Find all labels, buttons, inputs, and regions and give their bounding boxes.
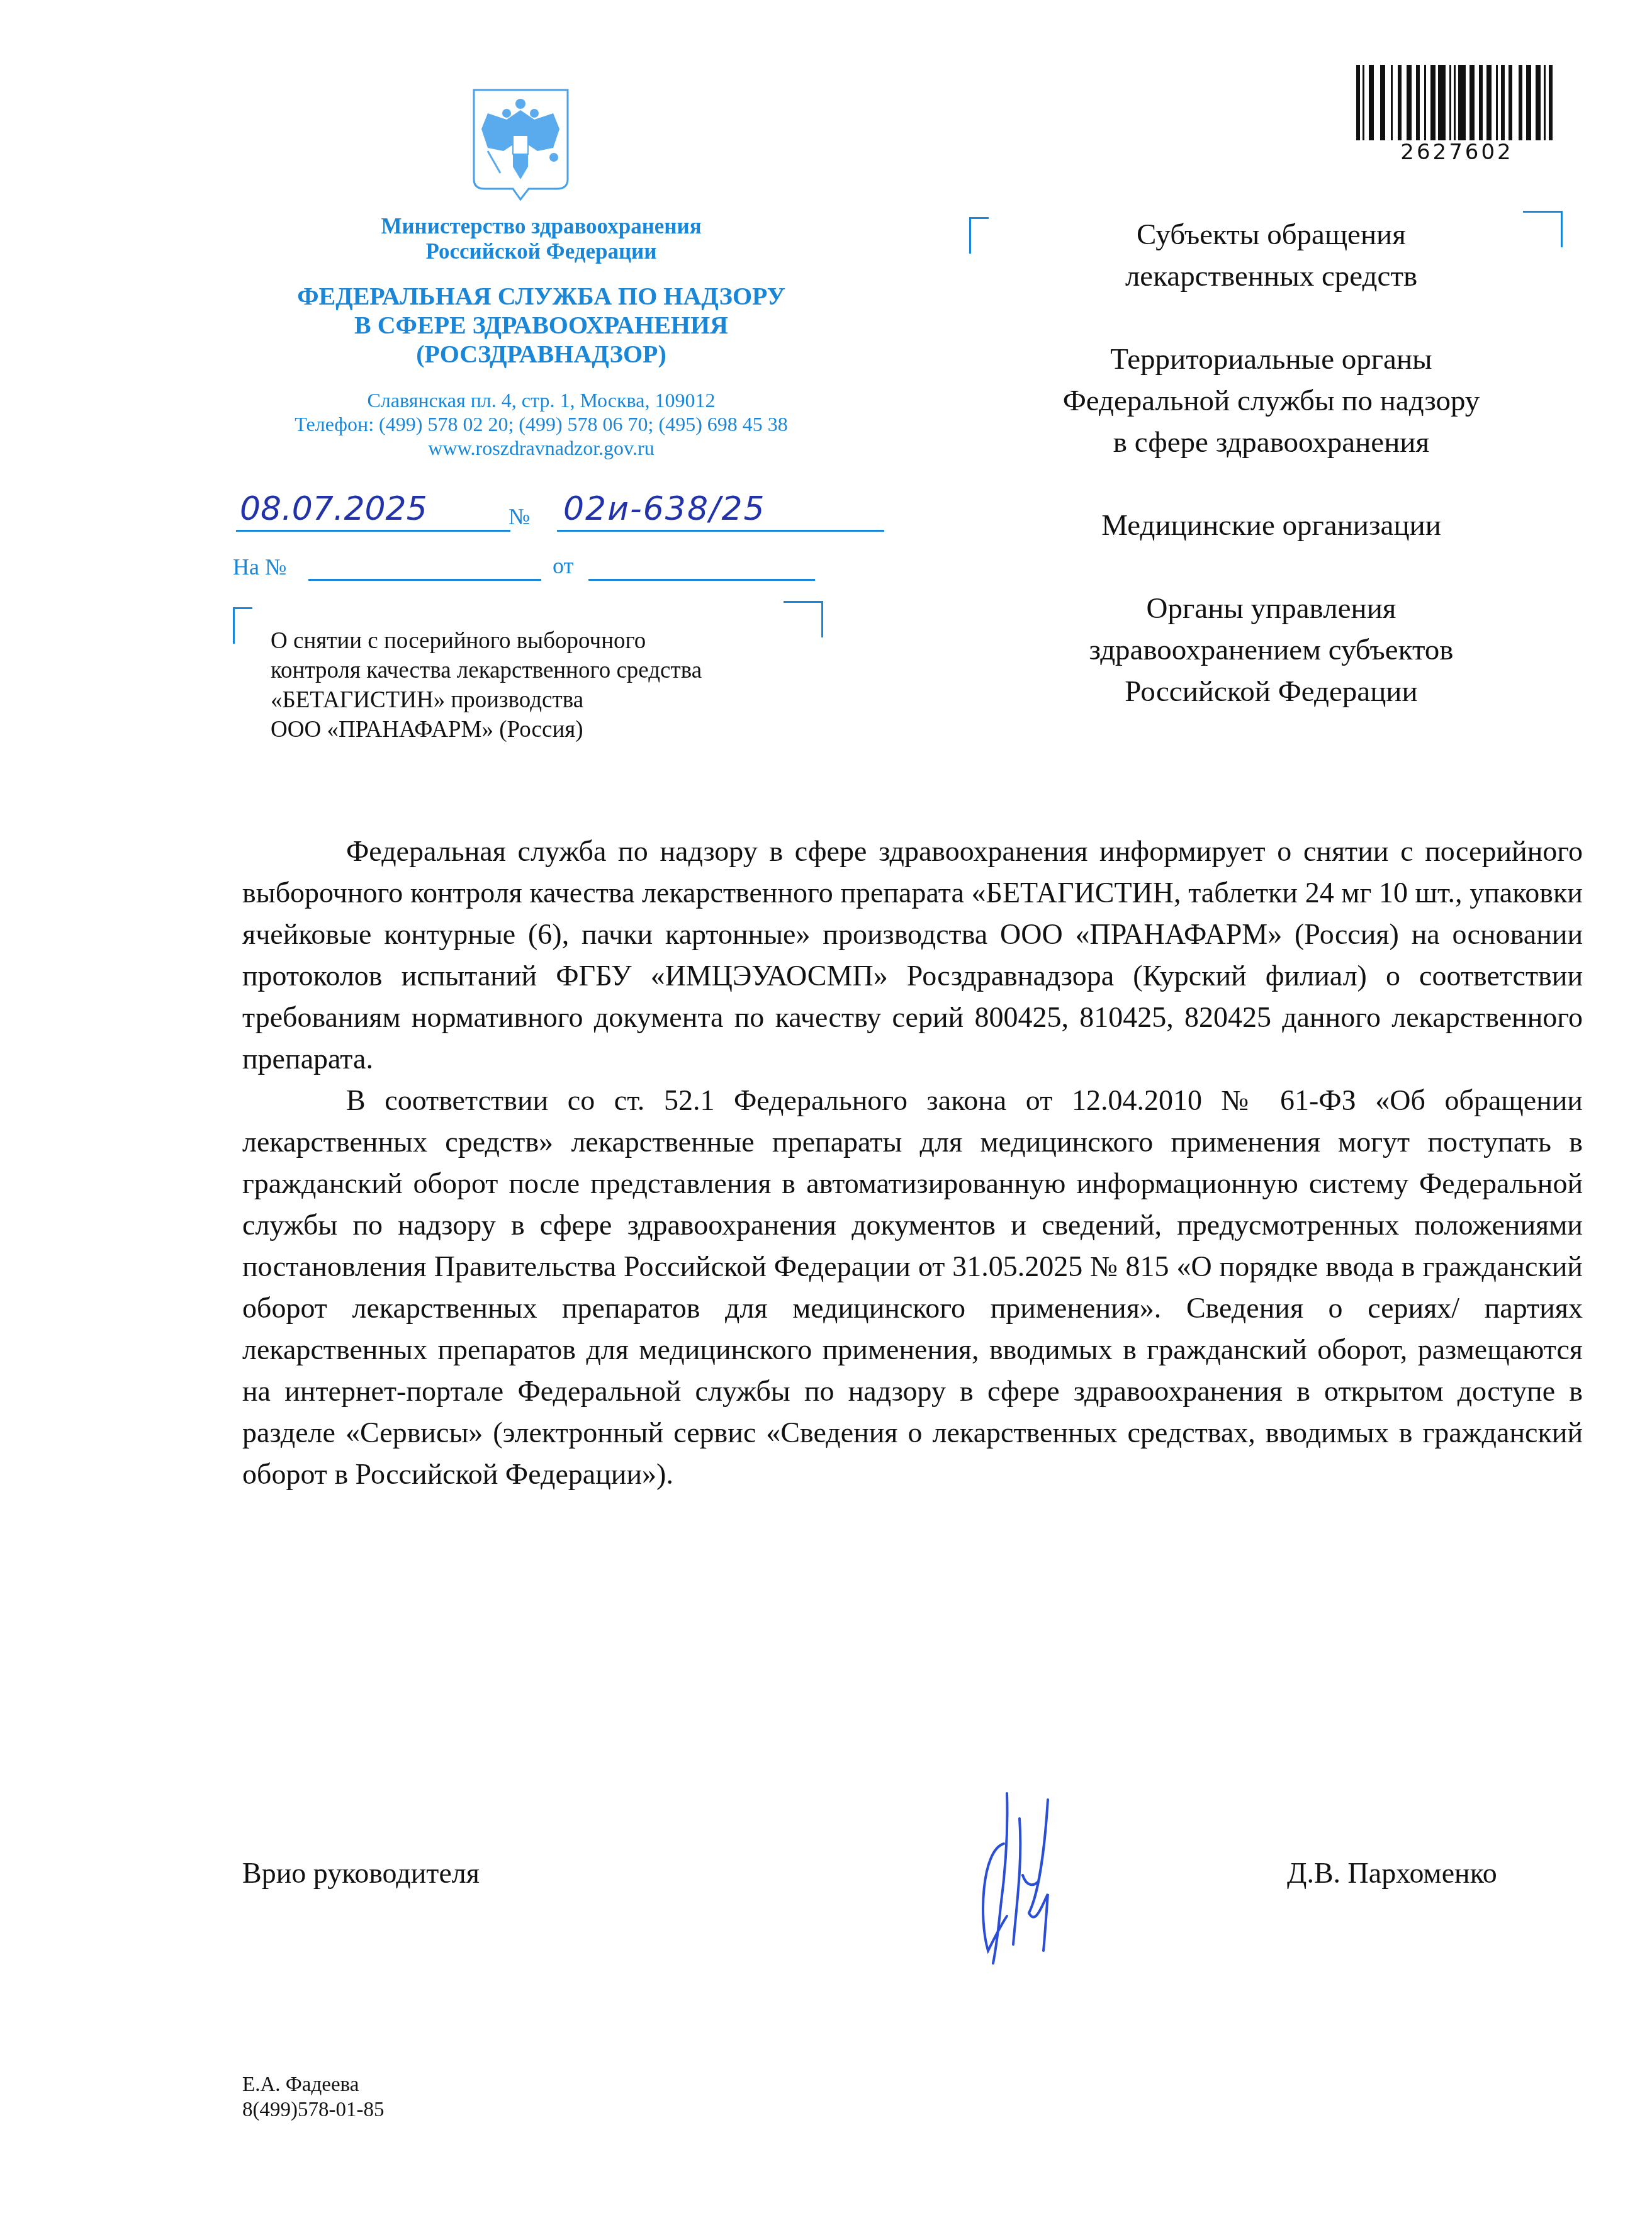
addressee-group: Субъекты обращения лекарственных средств (969, 214, 1573, 297)
executor-name: Е.А. Фадеева (242, 2072, 384, 2097)
letter-body: Федеральная служба по надзору в сфере зд… (242, 831, 1583, 1495)
reply-to-label: На № (233, 554, 286, 580)
ministry-line: Российской Федерации (227, 239, 856, 264)
barcode (1356, 65, 1554, 140)
registration-number: 02и-638/25 (557, 491, 884, 532)
subject-line: контроля качества лекарственного средств… (271, 656, 862, 685)
addressee-group: Медицинские организации (969, 505, 1573, 546)
agency-contacts: Славянская пл. 4, стр. 1, Москва, 109012… (189, 388, 894, 460)
letter-subject: О снятии с посерийного выборочного контр… (271, 626, 862, 744)
subject-line: «БЕТАГИСТИН» производства (271, 685, 862, 715)
handwritten-signature-icon (969, 1781, 1095, 1982)
addressee-block: Субъекты обращения лекарственных средств… (969, 214, 1573, 754)
addressee-line: Федеральной службы по надзору (969, 380, 1573, 422)
reply-from-field (588, 579, 815, 581)
agency-name: ФЕДЕРАЛЬНАЯ СЛУЖБА ПО НАДЗОРУ В СФЕРЕ ЗД… (189, 282, 894, 369)
addressee-line: в сфере здравоохранения (969, 422, 1573, 463)
subject-corner-left (233, 607, 252, 644)
agency-phone: Телефон: (499) 578 02 20; (499) 578 06 7… (189, 412, 894, 436)
agency-line: В СФЕРЕ ЗДРАВООХРАНЕНИЯ (189, 311, 894, 340)
registration-number-label: № (509, 503, 530, 530)
addressee-line: здравоохранением субъектов (969, 629, 1573, 671)
addressee-line: Медицинские организации (969, 505, 1573, 546)
addressee-line: лекарственных средств (969, 255, 1573, 297)
agency-line: ФЕДЕРАЛЬНАЯ СЛУЖБА ПО НАДЗОРУ (189, 282, 894, 311)
addressee-line: Субъекты обращения (969, 214, 1573, 255)
signatory-title: Врио руководителя (242, 1856, 480, 1890)
registration-date: 08.07.2025 (236, 491, 510, 532)
executor-phone: 8(499)578-01-85 (242, 2097, 384, 2122)
barcode-number: 2627602 (1353, 140, 1561, 165)
addressee-group: Территориальные органы Федеральной служб… (969, 339, 1573, 463)
ministry-name: Министерство здравоохранения Российской … (227, 214, 856, 264)
addressee-group: Органы управления здравоохранением субъе… (969, 588, 1573, 712)
executor-info: Е.А. Фадеева 8(499)578-01-85 (242, 2072, 384, 2122)
reply-from-label: от (553, 552, 573, 579)
addressee-line: Органы управления (969, 588, 1573, 629)
subject-line: О снятии с посерийного выборочного (271, 626, 862, 656)
agency-line: (РОСЗДРАВНАДЗОР) (189, 340, 894, 369)
body-paragraph: В соответствии со ст. 52.1 Федерального … (242, 1080, 1583, 1495)
subject-line: ООО «ПРАНАФАРМ» (Россия) (271, 715, 862, 744)
body-paragraph: Федеральная служба по надзору в сфере зд… (242, 831, 1583, 1080)
reply-to-field (308, 579, 541, 581)
agency-website: www.roszdravnadzor.gov.ru (189, 436, 894, 460)
ministry-line: Министерство здравоохранения (227, 214, 856, 239)
addressee-line: Российской Федерации (969, 671, 1573, 712)
russian-coat-of-arms-icon (469, 85, 573, 205)
agency-address: Славянская пл. 4, стр. 1, Москва, 109012 (189, 388, 894, 412)
signatory-name: Д.В. Пархоменко (1287, 1856, 1497, 1890)
addressee-line: Территориальные органы (969, 339, 1573, 380)
